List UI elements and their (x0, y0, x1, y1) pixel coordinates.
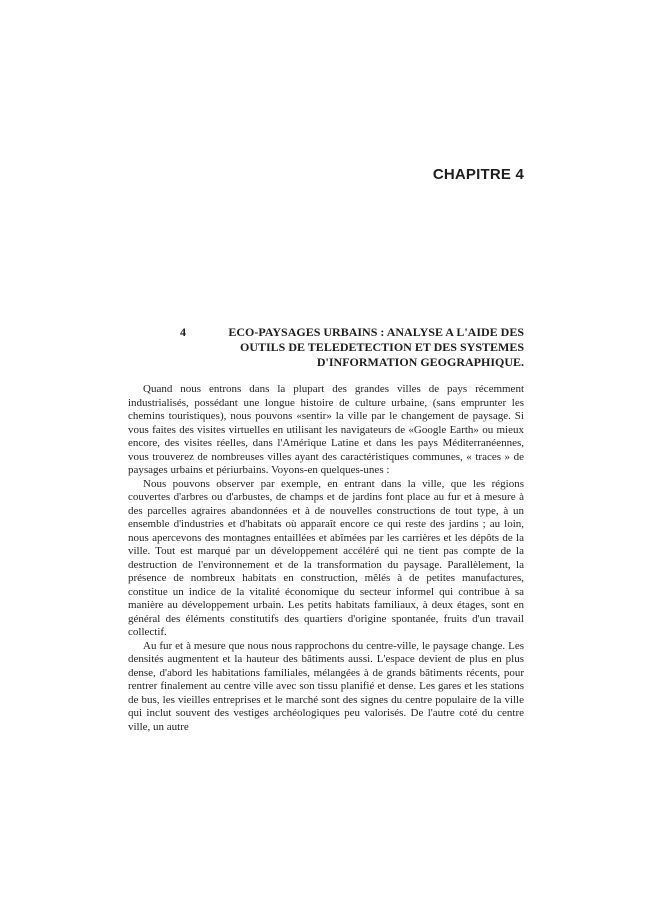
heading-title: ECO-PAYSAGES URBAINS : ANALYSE A L'AIDE … (224, 325, 524, 370)
paragraph: Nous pouvons observer par exemple, en en… (128, 478, 524, 640)
body-text: Quand nous entrons dans la plupart des g… (128, 383, 524, 734)
chapter-header: CHAPITRE 4 (128, 166, 524, 183)
chapter-heading: 4 ECO-PAYSAGES URBAINS : ANALYSE A L'AID… (128, 325, 524, 370)
document-page: CHAPITRE 4 4 ECO-PAYSAGES URBAINS : ANAL… (0, 0, 650, 920)
heading-number: 4 (180, 325, 186, 340)
page-content: CHAPITRE 4 4 ECO-PAYSAGES URBAINS : ANAL… (128, 0, 524, 734)
paragraph: Quand nous entrons dans la plupart des g… (128, 383, 524, 478)
paragraph: Au fur et à mesure que nous nous rapproc… (128, 640, 524, 735)
